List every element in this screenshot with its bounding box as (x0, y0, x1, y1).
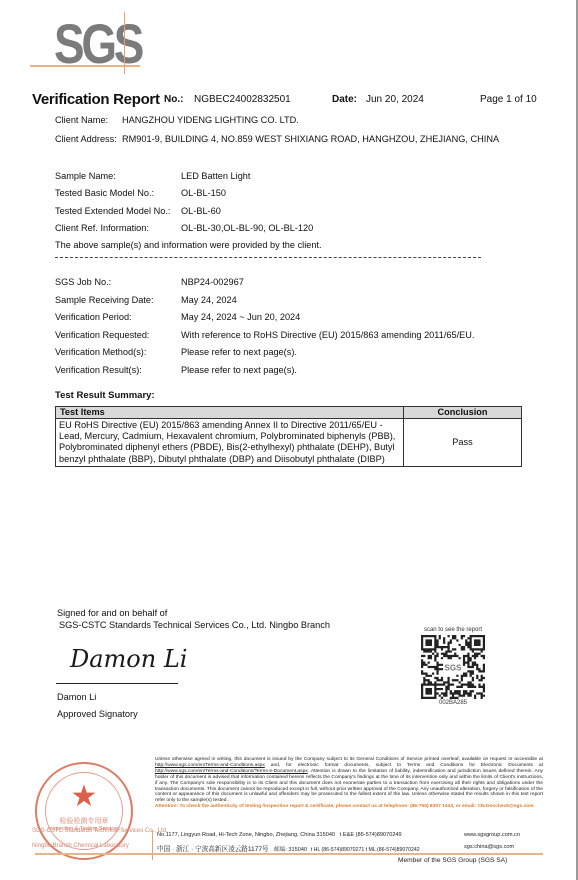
handwritten-signature: Damon Li (70, 645, 187, 673)
job-value: May 24, 2024 ~ Jun 20, 2024 (181, 311, 300, 323)
qr-block: scan to see the report SGS 002BA285 (418, 627, 488, 719)
website[interactable]: www.sgsgroup.com.cn (464, 832, 520, 838)
authenticity-notice: Attention: To check the authenticity of … (155, 804, 543, 810)
e-document-terms-link[interactable]: http://www.sgs.com/en/Terms-and-Conditio… (155, 769, 308, 774)
sample-label: Tested Extended Model No.: (55, 205, 170, 217)
legal-disclaimer: Unless otherwise agreed in writing, this… (155, 757, 543, 810)
signature-line (56, 683, 178, 684)
footer-rule (35, 853, 543, 855)
sample-note-text: The above sample(s) and information were… (55, 239, 322, 251)
sgs-logo: SGS (30, 12, 150, 84)
report-date-label: Date: (332, 94, 357, 105)
footer-vertical-rule (152, 830, 153, 860)
sample-label: Client Ref. Information: (55, 222, 149, 234)
stamp-branch: Ningbo Branch Chemical Laboratory (32, 843, 129, 849)
signatory-name: Damon Li (57, 689, 138, 706)
report-header: Verification Report No.: NGBEC2400283250… (32, 91, 578, 109)
address-chinese: 中国 · 浙江 · 宁波高新区凌云路1177号 邮编: 315040 t HL … (157, 843, 420, 853)
svg-text:SGS: SGS (445, 664, 463, 673)
job-value: Please refer to next page(s). (181, 364, 297, 376)
logo-vertical-rule (124, 12, 125, 74)
conclusion-cell: Pass (404, 419, 522, 467)
client-name-value: HANGZHOU YIDENG LIGHTING CO. LTD. (122, 114, 502, 126)
job-label: Sample Receiving Date: (55, 294, 154, 306)
column-header-test-items: Test Items (56, 407, 404, 419)
column-header-conclusion: Conclusion (404, 407, 522, 419)
signatory-title: Approved Signatory (57, 706, 138, 723)
table-header-row: Test Items Conclusion (56, 407, 522, 419)
qr-code-graphic: SGS (421, 635, 485, 699)
job-label: Verification Requested: (55, 329, 150, 341)
report-title: Verification Report (32, 91, 160, 108)
job-label: Verification Result(s): (55, 364, 142, 376)
summary-title: Test Result Summary: (55, 390, 155, 401)
report-number: NGBEC24002832501 (194, 94, 291, 105)
page-indicator: Page 1 of 10 (480, 94, 537, 105)
sample-label: Tested Basic Model No.: (55, 187, 154, 199)
job-label: Verification Period: (55, 311, 132, 323)
table-row: EU RoHS Directive (EU) 2015/863 amending… (56, 419, 522, 467)
job-value: NBP24-002967 (181, 276, 244, 288)
sample-value: OL-BL-150 (181, 187, 226, 199)
sample-label: Sample Name: (55, 170, 116, 182)
qr-code-icon[interactable]: SGS (421, 635, 485, 699)
job-label: Verification Method(s): (55, 346, 146, 358)
dashed-separator (55, 257, 481, 258)
address-en: No.1177, Lingyun Road, Hi-Tech Zone, Nin… (157, 832, 335, 838)
signatory: Damon Li Approved Signatory (57, 689, 138, 723)
job-value: May 24, 2024 (181, 294, 237, 306)
qr-caption: scan to see the report (418, 627, 488, 634)
client-address-value: RM901-9, BUILDING 4, NO.859 WEST SHIXIAN… (122, 133, 502, 145)
signed-line-2: SGS-CSTC Standards Technical Services Co… (57, 619, 330, 631)
stamp-text-cn: 检验检测专用章 (37, 816, 131, 826)
qr-code-id: 002BA285 (418, 699, 488, 707)
signed-on-behalf: Signed for and on behalf of SGS-CSTC Sta… (57, 607, 330, 631)
phone-en: t E&E (86-574)89070249 (340, 832, 402, 838)
disclaimer-text: . Attention is drawn to the limitation o… (155, 769, 543, 804)
job-value: Please refer to next page(s). (181, 346, 297, 358)
job-label: SGS Job No.: (55, 276, 111, 288)
test-item-cell: EU RoHS Directive (EU) 2015/863 amending… (56, 419, 404, 467)
sample-value: OL-BL-60 (181, 205, 221, 217)
terms-link[interactable]: http://www.sgs.com/en/Terms-and-Conditio… (155, 763, 265, 768)
client-address-label: Client Address: (55, 133, 117, 145)
sample-value: LED Batten Light (181, 170, 250, 182)
disclaimer-text: Unless otherwise agreed in writing, this… (155, 757, 543, 762)
report-date: Jun 20, 2024 (366, 94, 424, 105)
job-value: With reference to RoHS Directive (EU) 20… (181, 329, 474, 341)
email[interactable]: sgs.china@sgs.com (464, 844, 514, 850)
sgs-group-membership: Member of the SGS Group (SGS SA) (398, 857, 507, 864)
address-cn: 中国 · 浙江 · 宁波高新区凌云路1177号 (157, 846, 269, 853)
star-icon: ★ (37, 782, 131, 812)
address-english: No.1177, Lingyun Road, Hi-Tech Zone, Nin… (157, 832, 402, 838)
sample-value: OL-BL-30,OL-BL-90, OL-BL-120 (181, 222, 313, 234)
client-name-label: Client Name: (55, 114, 108, 126)
test-result-table: Test Items Conclusion EU RoHS Directive … (55, 406, 522, 467)
signed-line-1: Signed for and on behalf of (57, 607, 330, 619)
disclaimer-text: and, for electronic format documents, su… (265, 763, 543, 768)
stamp-company: SGS-CSTC Standards Technical Services Co… (32, 828, 168, 834)
report-number-label: No.: (164, 94, 183, 105)
